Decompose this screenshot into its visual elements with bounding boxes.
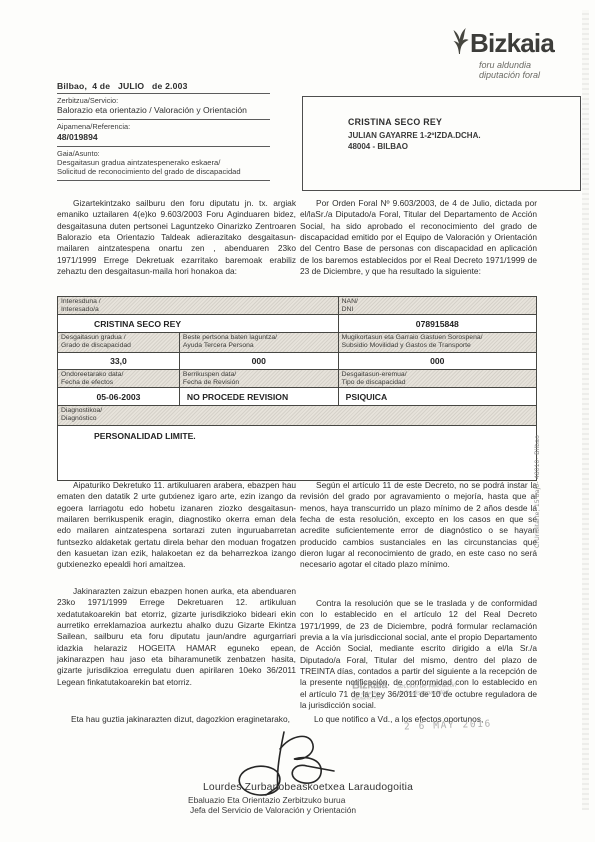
stamp-tagline-text: foru aldundia diputación foral — [352, 690, 387, 701]
margin-address-note: C/Uribitarte, 15 bajo- 48010· Bilbao — [534, 388, 541, 548]
paragraph-es-2: Según el artículo 11 de este Decreto, no… — [300, 480, 537, 571]
interested-label-cell: Interesduna / Interesado/a — [58, 297, 338, 314]
bizkaia-leaf-icon — [449, 26, 469, 61]
signatory-title-eu: Ebaluazio Eta Orientazio Zerbitzuko buru… — [188, 795, 345, 805]
bizkaia-logo: Bizkaia foru aldundia diputación foral — [449, 30, 589, 80]
subject-value: Desgaitasun gradua aintzatespenerako esk… — [57, 158, 241, 177]
type-value-cell: PSIQUICA — [338, 388, 536, 405]
service-value: Balorazio eta orientazio / Valoración y … — [57, 105, 247, 115]
closing-eu: Eta hau guztia jakinarazten dizut, dagoz… — [57, 714, 296, 725]
degree-value-cell: 33,0 — [58, 353, 179, 369]
header-rule — [57, 93, 270, 94]
interested-value-cell: CRISTINA SECO REY — [58, 315, 338, 332]
effects-date-label-cell: Ondoreetarako data/ Fecha de efectos — [58, 370, 179, 387]
degree-label-cell: Desgaitasun gradua / Grado de discapacid… — [58, 333, 179, 352]
revision-label-cell: Berrikuspen data/ Fecha de Revisión — [179, 370, 338, 387]
mobility-label-cell: Mugikortasun eta Garraio Gastuen Sorospe… — [338, 333, 536, 352]
header-rule — [57, 146, 270, 147]
paragraph-eu-2: Aipaturiko Dekretuko 11. artikuluaren ar… — [57, 480, 296, 571]
bizkaia-brand: Bizkaia — [470, 30, 554, 56]
type-label-cell: Desgaitasun-eremua/ Tipo de discapacidad — [338, 370, 536, 387]
header-rule — [57, 180, 270, 181]
diagnosis-label-cell: Diagnostikoa/ Diagnóstico — [58, 406, 536, 425]
reference-label: Aipamena/Referencia: — [57, 122, 130, 131]
signatory-name: Lourdes Zurbanobeaskoetxea Laraudogoitia — [203, 782, 413, 793]
mobility-value-cell: 000 — [338, 353, 536, 369]
date-line: Bilbao, 4 de JULIO de 2.003 — [57, 81, 188, 91]
scanned-letter-page: Bilbao, 4 de JULIO de 2.003 Zerbitzua/Se… — [0, 0, 595, 842]
service-label: Zerbitzua/Servicio: — [57, 96, 118, 105]
valuation-section-stamp: Bizkaia foru aldundia diputación foral s… — [352, 677, 538, 700]
revision-value-cell: NO PROCEDE REVISION — [179, 388, 338, 405]
stamp-brand-text: Bizkaia — [352, 680, 387, 691]
recipient-name: CRISTINA SECO REY — [348, 117, 442, 127]
dni-label-cell: NAN/ DNI — [338, 297, 536, 314]
received-date-stamp: 2 6 MAY 2016 — [404, 718, 492, 732]
diagnosis-value-cell: PERSONALIDAD LIMITE. — [58, 426, 536, 480]
scan-edge-artifact — [582, 10, 589, 810]
third-person-label-cell: Beste pertsona baten laguntza/ Ayuda Ter… — [179, 333, 338, 352]
dni-value-cell: 078915848 — [338, 315, 536, 332]
effects-date-value-cell: 05-06-2003 — [58, 388, 179, 405]
bizkaia-tagline: foru aldundia diputación foral — [479, 60, 589, 80]
third-person-value-cell: 000 — [179, 353, 338, 369]
paragraph-eu-3: Jakinarazten zaizun ebazpen honen aurka,… — [57, 586, 296, 688]
subject-label: Gaia/Asunto: — [57, 149, 100, 158]
recipient-address: JULIAN GAYARRE 1-2ºIZDA.DCHA. 48004 - BI… — [348, 131, 481, 152]
grade-table: Interesduna / Interesado/a NAN/ DNI CRIS… — [57, 296, 537, 481]
stamp-section-text: sección de valoración de la discapacidad — [397, 682, 457, 697]
paragraph-es-1: Por Orden Foral Nº 9.603/2003, de 4 de J… — [300, 198, 537, 277]
paragraph-eu-1: Gizartekintzako sailburu den foru diputa… — [57, 198, 296, 277]
signatory-title-es: Jefa del Servicio de Valoración y Orient… — [190, 805, 356, 815]
header-rule — [57, 119, 270, 120]
stamp-bizkaia-mark: Bizkaia foru aldundia diputación foral — [352, 680, 387, 701]
reference-value: 48/019894 — [57, 132, 98, 142]
